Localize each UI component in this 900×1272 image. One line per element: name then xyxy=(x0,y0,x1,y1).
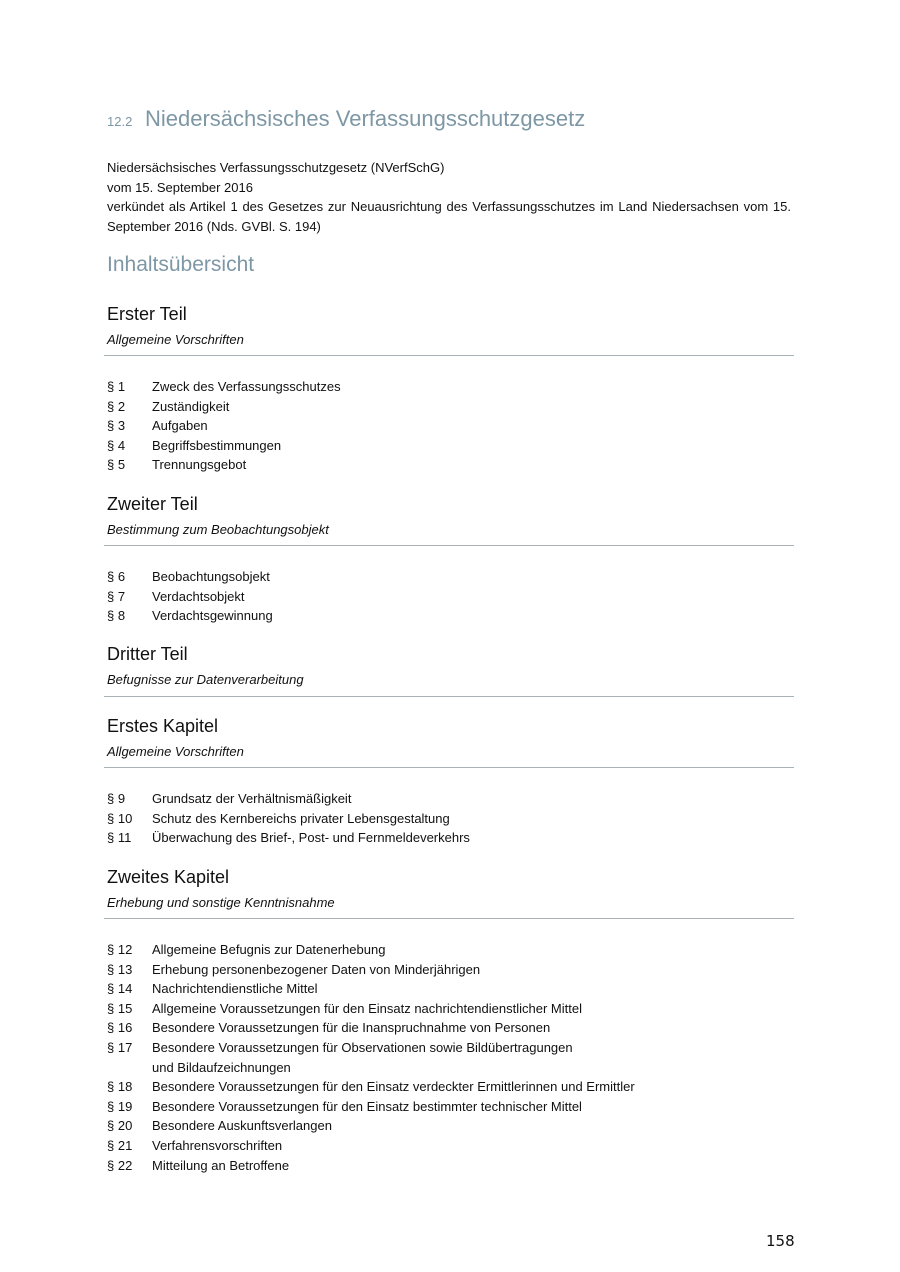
paragraph-number: § 5 xyxy=(107,455,152,475)
paragraph-number: § 22 xyxy=(107,1156,152,1176)
paragraph-title-line: Überwachung des Brief-, Post- und Fernme… xyxy=(152,830,470,845)
paragraph-title-line: Besondere Voraussetzungen für den Einsat… xyxy=(152,1099,582,1114)
paragraph-title-line: Nachrichtendienstliche Mittel xyxy=(152,981,317,996)
paragraph-title: Begriffsbestimmungen xyxy=(152,436,793,456)
paragraph-title-line: Verdachtsobjekt xyxy=(152,589,245,604)
toc-entry: § 12Allgemeine Befugnis zur Datenerhebun… xyxy=(107,940,793,960)
section-number: 12.2 xyxy=(107,114,145,129)
paragraph-title-line: und Bildaufzeichnungen xyxy=(152,1060,291,1075)
paragraph-number: § 3 xyxy=(107,416,152,436)
paragraph-title: Trennungsgebot xyxy=(152,455,793,475)
section-title: 12.2Niedersächsisches Verfassungsschutzg… xyxy=(107,106,585,132)
chapter-subtitle: Erhebung und sonstige Kenntnisnahme xyxy=(107,895,793,911)
law-intro: Niedersächsisches Verfassungsschutzgeset… xyxy=(107,158,791,236)
toc-entry: § 14Nachrichtendienstliche Mittel xyxy=(107,979,793,999)
paragraph-title: Zweck des Verfassungsschutzes xyxy=(152,377,793,397)
paragraph-number: § 12 xyxy=(107,940,152,960)
paragraph-number: § 1 xyxy=(107,377,152,397)
toc-title: Inhaltsübersicht xyxy=(107,253,254,277)
chapter-subtitle: Allgemeine Vorschriften xyxy=(107,744,793,760)
paragraph-title-line: Beobachtungsobjekt xyxy=(152,569,270,584)
paragraph-number: § 6 xyxy=(107,567,152,587)
part-heading: Zweiter Teil xyxy=(107,493,793,515)
paragraph-title-line: Begriffsbestimmungen xyxy=(152,438,281,453)
paragraph-title: Allgemeine Befugnis zur Datenerhebung xyxy=(152,940,793,960)
paragraph-title: Zuständigkeit xyxy=(152,397,793,417)
paragraph-number: § 7 xyxy=(107,587,152,607)
paragraph-title-line: Verfahrensvorschriften xyxy=(152,1138,282,1153)
paragraph-number: § 17 xyxy=(107,1038,152,1077)
part-dritter-teil: Dritter Teil Befugnisse zur Datenverarbe… xyxy=(107,643,793,688)
toc-list: § 12Allgemeine Befugnis zur Datenerhebun… xyxy=(107,940,793,1175)
toc-entry: § 10Schutz des Kernbereichs privater Leb… xyxy=(107,809,793,829)
paragraph-title-line: Erhebung personenbezogener Daten von Min… xyxy=(152,962,480,977)
paragraph-number: § 14 xyxy=(107,979,152,999)
paragraph-title: Besondere Auskunftsverlangen xyxy=(152,1116,793,1136)
intro-line: vom 15. September 2016 xyxy=(107,178,791,198)
toc-list: § 9Grundsatz der Verhältnismäßigkeit§ 10… xyxy=(107,789,793,848)
paragraph-title: Schutz des Kernbereichs privater Lebensg… xyxy=(152,809,793,829)
toc-entry: § 5Trennungsgebot xyxy=(107,455,793,475)
toc-entry: § 22Mitteilung an Betroffene xyxy=(107,1156,793,1176)
paragraph-number: § 16 xyxy=(107,1018,152,1038)
toc-entry: § 15Allgemeine Voraussetzungen für den E… xyxy=(107,999,793,1019)
paragraph-title: Besondere Voraussetzungen für die Inansp… xyxy=(152,1018,793,1038)
intro-line: September 2016 (Nds. GVBl. S. 194) xyxy=(107,217,791,237)
intro-line: Niedersächsisches Verfassungsschutzgeset… xyxy=(107,158,791,178)
paragraph-title-line: Grundsatz der Verhältnismäßigkeit xyxy=(152,791,351,806)
divider xyxy=(104,767,794,768)
toc-list: § 1Zweck des Verfassungsschutzes§ 2Zustä… xyxy=(107,377,793,475)
page-number: 158 xyxy=(766,1232,795,1250)
paragraph-title: Verdachtsgewinnung xyxy=(152,606,793,626)
paragraph-title: Nachrichtendienstliche Mittel xyxy=(152,979,793,999)
paragraph-number: § 18 xyxy=(107,1077,152,1097)
part-heading: Erster Teil xyxy=(107,303,793,325)
divider xyxy=(104,355,794,356)
paragraph-title-line: Allgemeine Voraussetzungen für den Einsa… xyxy=(152,1001,582,1016)
paragraph-number: § 20 xyxy=(107,1116,152,1136)
paragraph-title-line: Trennungsgebot xyxy=(152,457,246,472)
paragraph-title-line: Besondere Voraussetzungen für die Inansp… xyxy=(152,1020,550,1035)
toc-entry: § 4Begriffsbestimmungen xyxy=(107,436,793,456)
toc-entry: § 13Erhebung personenbezogener Daten von… xyxy=(107,960,793,980)
paragraph-title: Besondere Voraussetzungen für Observatio… xyxy=(152,1038,793,1077)
paragraph-title: Verdachtsobjekt xyxy=(152,587,793,607)
paragraph-title: Aufgaben xyxy=(152,416,793,436)
toc-entry: § 20Besondere Auskunftsverlangen xyxy=(107,1116,793,1136)
toc-entry: § 9Grundsatz der Verhältnismäßigkeit xyxy=(107,789,793,809)
paragraph-number: § 9 xyxy=(107,789,152,809)
paragraph-title: Beobachtungsobjekt xyxy=(152,567,793,587)
paragraph-title: Besondere Voraussetzungen für den Einsat… xyxy=(152,1097,793,1117)
divider xyxy=(104,918,794,919)
paragraph-number: § 8 xyxy=(107,606,152,626)
paragraph-number: § 13 xyxy=(107,960,152,980)
paragraph-title-line: Mitteilung an Betroffene xyxy=(152,1158,289,1173)
paragraph-title: Besondere Voraussetzungen für den Einsat… xyxy=(152,1077,793,1097)
section-name: Niedersächsisches Verfassungsschutzgeset… xyxy=(145,106,585,131)
paragraph-title: Erhebung personenbezogener Daten von Min… xyxy=(152,960,793,980)
part-heading: Dritter Teil xyxy=(107,643,793,665)
paragraph-title-line: Verdachtsgewinnung xyxy=(152,608,273,623)
toc-entry: § 18Besondere Voraussetzungen für den Ei… xyxy=(107,1077,793,1097)
chapter-heading: Erstes Kapitel xyxy=(107,715,793,737)
paragraph-number: § 4 xyxy=(107,436,152,456)
part-subtitle: Allgemeine Vorschriften xyxy=(107,332,793,348)
toc-entry: § 3Aufgaben xyxy=(107,416,793,436)
document-page: 12.2Niedersächsisches Verfassungsschutzg… xyxy=(0,0,900,1272)
toc-entry: § 8Verdachtsgewinnung xyxy=(107,606,793,626)
paragraph-title: Verfahrensvorschriften xyxy=(152,1136,793,1156)
part-subtitle: Befugnisse zur Datenverarbeitung xyxy=(107,672,793,688)
paragraph-number: § 11 xyxy=(107,828,152,848)
toc-entry: § 19Besondere Voraussetzungen für den Ei… xyxy=(107,1097,793,1117)
toc-entry: § 6Beobachtungsobjekt xyxy=(107,567,793,587)
toc-list: § 6Beobachtungsobjekt§ 7Verdachtsobjekt§… xyxy=(107,567,793,626)
paragraph-number: § 21 xyxy=(107,1136,152,1156)
paragraph-title: Allgemeine Voraussetzungen für den Einsa… xyxy=(152,999,793,1019)
toc-entry: § 16Besondere Voraussetzungen für die In… xyxy=(107,1018,793,1038)
divider xyxy=(104,545,794,546)
paragraph-title-line: Zweck des Verfassungsschutzes xyxy=(152,379,341,394)
part-erster-teil: Erster Teil Allgemeine Vorschriften xyxy=(107,303,793,348)
paragraph-number: § 19 xyxy=(107,1097,152,1117)
paragraph-number: § 2 xyxy=(107,397,152,417)
part-subtitle: Bestimmung zum Beobachtungsobjekt xyxy=(107,522,793,538)
paragraph-title-line: Besondere Auskunftsverlangen xyxy=(152,1118,332,1133)
toc-entry: § 1Zweck des Verfassungsschutzes xyxy=(107,377,793,397)
paragraph-title-line: Aufgaben xyxy=(152,418,208,433)
toc-entry: § 2Zuständigkeit xyxy=(107,397,793,417)
toc-entry: § 21Verfahrensvorschriften xyxy=(107,1136,793,1156)
paragraph-number: § 10 xyxy=(107,809,152,829)
paragraph-title: Überwachung des Brief-, Post- und Fernme… xyxy=(152,828,793,848)
paragraph-title-line: Allgemeine Befugnis zur Datenerhebung xyxy=(152,942,385,957)
paragraph-title-line: Besondere Voraussetzungen für Observatio… xyxy=(152,1040,573,1055)
toc-entry: § 17Besondere Voraussetzungen für Observ… xyxy=(107,1038,793,1077)
paragraph-title-line: Zuständigkeit xyxy=(152,399,229,414)
paragraph-title-line: Schutz des Kernbereichs privater Lebensg… xyxy=(152,811,450,826)
divider xyxy=(104,696,794,697)
paragraph-number: § 15 xyxy=(107,999,152,1019)
toc-entry: § 11Überwachung des Brief-, Post- und Fe… xyxy=(107,828,793,848)
paragraph-title: Mitteilung an Betroffene xyxy=(152,1156,793,1176)
intro-line: verkündet als Artikel 1 des Gesetzes zur… xyxy=(107,197,791,217)
chapter-zweites-kapitel: Zweites Kapitel Erhebung und sonstige Ke… xyxy=(107,866,793,911)
toc-entry: § 7Verdachtsobjekt xyxy=(107,587,793,607)
paragraph-title: Grundsatz der Verhältnismäßigkeit xyxy=(152,789,793,809)
chapter-erstes-kapitel: Erstes Kapitel Allgemeine Vorschriften xyxy=(107,715,793,760)
chapter-heading: Zweites Kapitel xyxy=(107,866,793,888)
part-zweiter-teil: Zweiter Teil Bestimmung zum Beobachtungs… xyxy=(107,493,793,538)
paragraph-title-line: Besondere Voraussetzungen für den Einsat… xyxy=(152,1079,635,1094)
